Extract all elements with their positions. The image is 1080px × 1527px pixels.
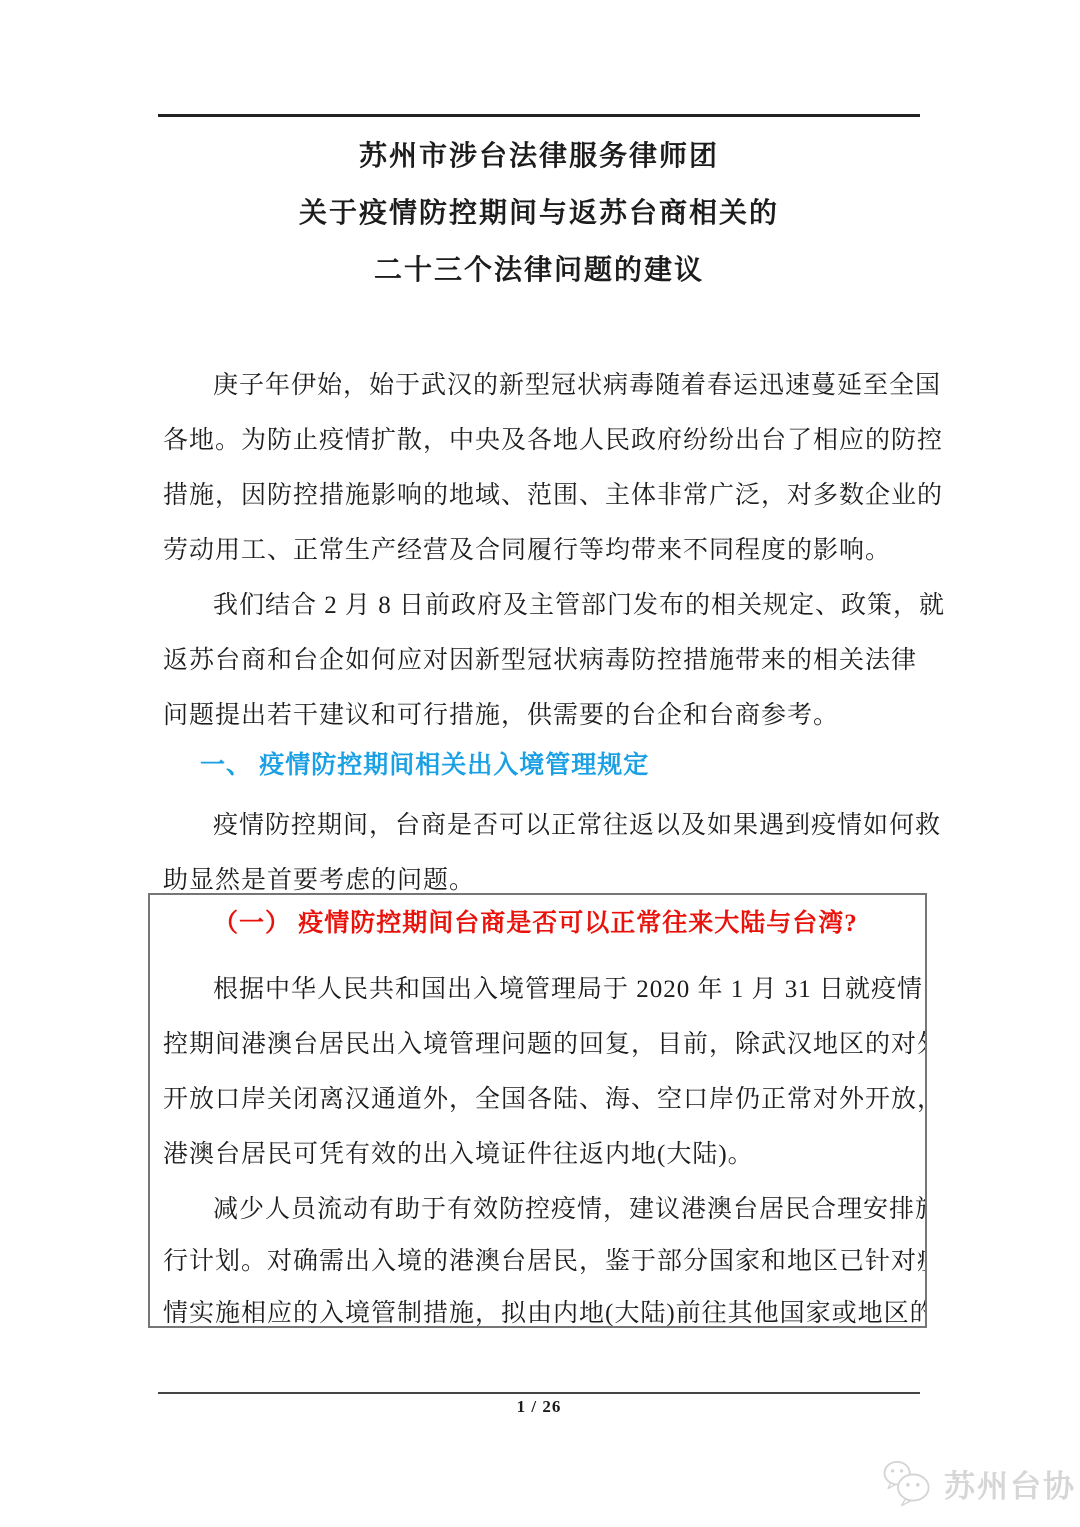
footer-rule <box>158 1392 920 1394</box>
paragraph-line: 问题提出若干建议和可行措施，供需要的台企和台商参考。 <box>163 688 919 743</box>
paragraph-line: 各地。为防止疫情扩散，中央及各地人民政府纷纷出台了相应的防控 <box>163 413 919 468</box>
watermark: 苏州台协 <box>880 1458 1076 1508</box>
wechat-icon <box>880 1458 934 1508</box>
section-1-heading: 一、 疫情防控期间相关出入境管理规定 <box>158 745 920 787</box>
paragraph-line: 行计划。对确需出入境的港澳台居民，鉴于部分国家和地区已针对疫 <box>163 1236 915 1288</box>
paragraph-line: 疫情防控期间，台商是否可以正常往返以及如果遇到疫情如何救 <box>163 798 919 853</box>
paragraph-line: 根据中华人民共和国出入境管理局于 2020 年 1 月 31 日就疫情防 <box>163 962 915 1017</box>
box-paragraph-2: 减少人员流动有助于有效防控疫情，建议港澳台居民合理安排旅 行计划。对确需出入境的… <box>163 1184 915 1328</box>
header-rule <box>158 114 920 117</box>
page-number: 1 / 26 <box>158 1396 920 1418</box>
boxed-subsection: （一） 疫情防控期间台商是否可以正常往来大陆与台湾? 根据中华人民共和国出入境管… <box>148 893 927 1328</box>
paragraph-line: 情实施相应的入境管制措施，拟由内地(大陆)前往其他国家或地区的 <box>163 1288 915 1328</box>
paragraph-line: 我们结合 2 月 8 日前政府及主管部门发布的相关规定、政策，就 <box>163 578 919 633</box>
document-page: 苏州市涉台法律服务律师团 关于疫情防控期间与返苏台商相关的 二十三个法律问题的建… <box>0 0 1080 1527</box>
box-paragraph-1: 根据中华人民共和国出入境管理局于 2020 年 1 月 31 日就疫情防 控期间… <box>163 962 915 1182</box>
intro-paragraph-1: 庚子年伊始，始于武汉的新型冠状病毒随着春运迅速蔓延至全国 各地。为防止疫情扩散，… <box>163 358 919 578</box>
title-line-1: 苏州市涉台法律服务律师团 <box>158 128 920 185</box>
paragraph-line: 开放口岸关闭离汉通道外，全国各陆、海、空口岸仍正常对外开放， <box>163 1072 915 1127</box>
watermark-label: 苏州台协 <box>944 1461 1076 1506</box>
title-line-2: 关于疫情防控期间与返苏台商相关的 <box>158 185 920 242</box>
document-title: 苏州市涉台法律服务律师团 关于疫情防控期间与返苏台商相关的 二十三个法律问题的建… <box>158 128 920 299</box>
intro-paragraph-2: 我们结合 2 月 8 日前政府及主管部门发布的相关规定、政策，就 返苏台商和台企… <box>163 578 919 743</box>
paragraph-line: 返苏台商和台企如何应对因新型冠状病毒防控措施带来的相关法律 <box>163 633 919 688</box>
paragraph-line: 控期间港澳台居民出入境管理问题的回复，目前，除武汉地区的对外 <box>163 1017 915 1072</box>
title-line-3: 二十三个法律问题的建议 <box>158 242 920 299</box>
paragraph-line: 庚子年伊始，始于武汉的新型冠状病毒随着春运迅速蔓延至全国 <box>163 358 919 413</box>
paragraph-line: 措施，因防控措施影响的地域、范围、主体非常广泛，对多数企业的 <box>163 468 919 523</box>
section-1-lead-paragraph: 疫情防控期间，台商是否可以正常往返以及如果遇到疫情如何救 助显然是首要考虑的问题… <box>163 798 919 908</box>
subsection-heading: （一） 疫情防控期间台商是否可以正常往来大陆与台湾? <box>163 903 915 945</box>
paragraph-line: 减少人员流动有助于有效防控疫情，建议港澳台居民合理安排旅 <box>163 1184 915 1236</box>
paragraph-line: 港澳台居民可凭有效的出入境证件往返内地(大陆)。 <box>163 1127 915 1182</box>
paragraph-line: 劳动用工、正常生产经营及合同履行等均带来不同程度的影响。 <box>163 523 919 578</box>
